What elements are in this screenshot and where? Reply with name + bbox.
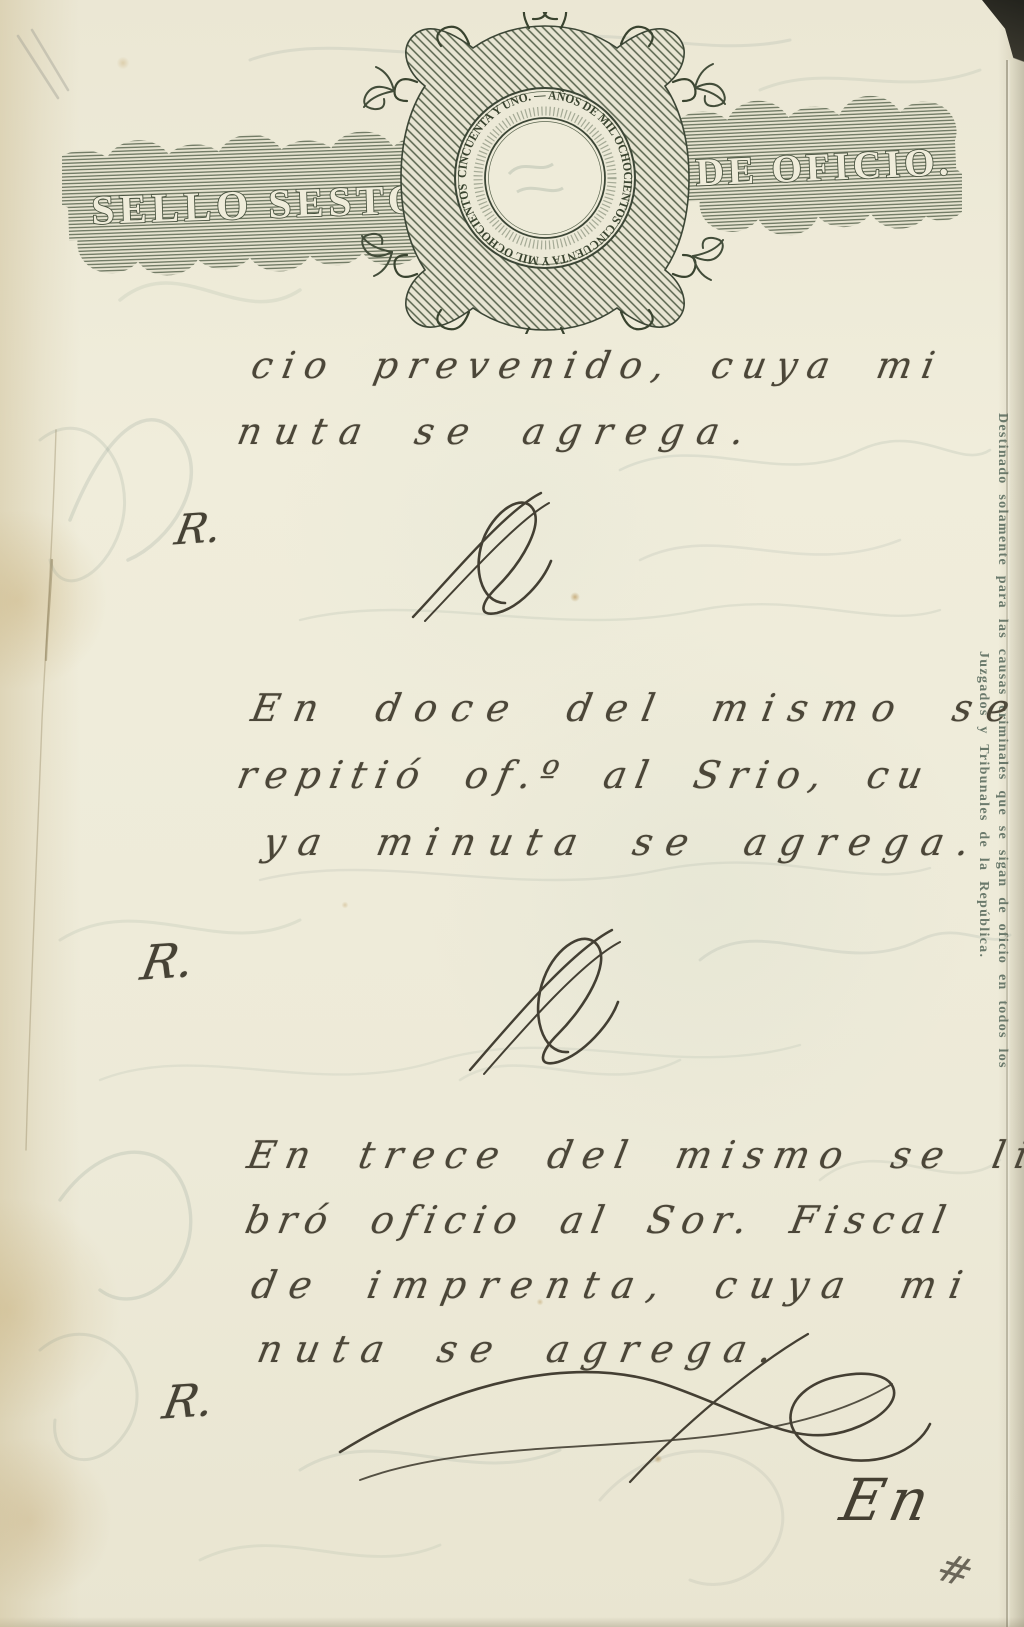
manuscript-line: En doce del mismo se <box>248 686 1024 730</box>
manuscript-line: cio prevenido, cuya mi <box>248 344 948 387</box>
seal-cartouche: CINCUENTA Y UNO. — AÑOS DE MIL OCHOCIENT… <box>362 12 725 334</box>
page-edge-line <box>1006 60 1008 1627</box>
margin-imprint-line2: Juzgados y Tribunales de la República. <box>974 413 993 1335</box>
ink-flourish <box>385 483 560 625</box>
manuscript-line: bró oficio al Sor. Fiscal <box>242 1198 958 1242</box>
ink-flourish <box>440 918 630 1080</box>
margin-imprint-line1: Destinado solamente para las causas crim… <box>993 413 1012 1335</box>
catchword: En <box>835 1466 941 1534</box>
ink-flourish <box>330 1320 940 1488</box>
seal-inner-circle <box>485 118 605 238</box>
rubric-signature: R. <box>137 932 199 991</box>
rubric-signature: R. <box>159 1372 219 1429</box>
manuscript-line: ya minuta se agrega. <box>260 820 987 864</box>
rubric-signature: R. <box>171 502 225 554</box>
stamp-header: SELLO SESTO DE OFICIO. <box>62 12 962 334</box>
manuscript-line: repitió of.º al Srio, cu <box>234 753 936 797</box>
manuscript-line: de imprenta, cuya mi <box>248 1263 979 1307</box>
manuscript-page: SELLO SESTO DE OFICIO. <box>0 0 1024 1627</box>
manuscript-line: nuta se agrega. <box>234 410 761 453</box>
manuscript-line: En trece del mismo se li <box>244 1133 1024 1177</box>
